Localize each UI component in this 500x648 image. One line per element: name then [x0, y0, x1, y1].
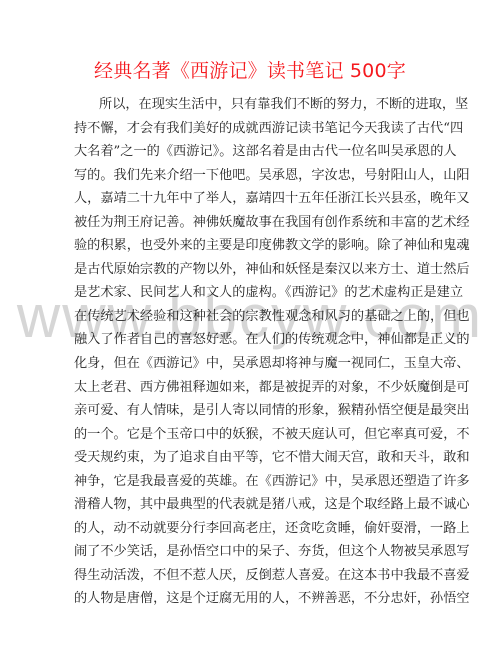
paragraph-line: 大名着”之一的《西游记》。这部名着是由古代一位名叫吴承恩的人 [74, 140, 420, 164]
paragraph-line: 闹了不少笑话，是孙悟空口中的呆子、夯货，但这个人物被吴承恩写 [74, 540, 420, 564]
paragraph-line: 被任为荆王府记善。神佛妖魔故事在我国有创作系统和丰富的艺术经 [74, 211, 420, 235]
paragraph-line: 所以，在现实生活中，只有靠我们不断的努力，不断的进取，坚 [74, 93, 420, 117]
paragraph-line: 的人物是唐僧，这是个迂腐无用的人，不辨善恶，不分忠奸，孙悟空 [74, 587, 420, 611]
paragraph-line: 化身，但在《西游记》中，吴承恩却将神与魔一视同仁，玉皇大帝、 [74, 352, 420, 376]
paragraph-line: 验的积累，也受外来的主要是印度佛教文学的影响。除了神仙和鬼魂 [74, 234, 420, 258]
paragraph-line: 亲可爱、有人情味，是引人寄以同情的形象，猴精孙悟空便是最突出 [74, 399, 420, 423]
paragraph-line: 人，嘉靖二十九年中了举人，嘉靖四十五年任浙江长兴县丞，晚年又 [74, 187, 420, 211]
paragraph-line: 的人，动不动就要分行李回高老庄，还贪吃贪睡，偷奸耍滑，一路上 [74, 517, 420, 541]
document-title: 经典名著《西游记》读书笔记 500字 [0, 58, 500, 84]
paragraph-line: 是古代原始宗教的产物以外，神仙和妖怪是秦汉以来方士、道士然后 [74, 258, 420, 282]
paragraph-line: 得生动活泼，不但不惹人厌，反倒惹人喜爱。在这本书中我最不喜爱 [74, 564, 420, 588]
paragraph-line: 写的。我们先来介绍一下他吧。吴承恩，字汝忠，号射阳山人，山阳 [74, 164, 420, 188]
document-body: 所以，在现实生活中，只有靠我们不断的努力，不断的进取，坚 持不懈，才会有我们美好… [74, 93, 420, 611]
paragraph-line: 融入了作者自己的喜怒好恶。在人们的传统观念中，神仙都是正义的 [74, 328, 420, 352]
document-page: 经典名著《西游记》读书笔记 500字 www.bbcyw.com 所以，在现实生… [0, 0, 500, 648]
paragraph-line: 在传统艺术经验和这种社会的宗教性观念和风习的基础之上的，但也 [74, 305, 420, 329]
paragraph-line: 受天规约束，为了追求自由平等，它不惜大闹天宫，敢和天斗，敢和 [74, 446, 420, 470]
paragraph-line: 滑稽人物，其中最典型的代表就是猪八戒，这是个取经路上最不诚心 [74, 493, 420, 517]
paragraph-line: 神争，它是我最喜爱的英雄。在《西游记》中，吴承恩还塑造了许多 [74, 470, 420, 494]
paragraph-line: 持不懈，才会有我们美好的成就西游记读书笔记今天我读了古代“四 [74, 117, 420, 141]
paragraph-line: 是艺术家、民间艺人和文人的虚构。《西游记》的艺术虚构正是建立 [74, 281, 420, 305]
paragraph-line: 的一个。它是个玉帝口中的妖猴，不被天庭认可，但它率真可爱，不 [74, 423, 420, 447]
paragraph-line: 太上老君、西方佛祖释迦如来，都是被捉弄的对象，不少妖魔倒是可 [74, 376, 420, 400]
